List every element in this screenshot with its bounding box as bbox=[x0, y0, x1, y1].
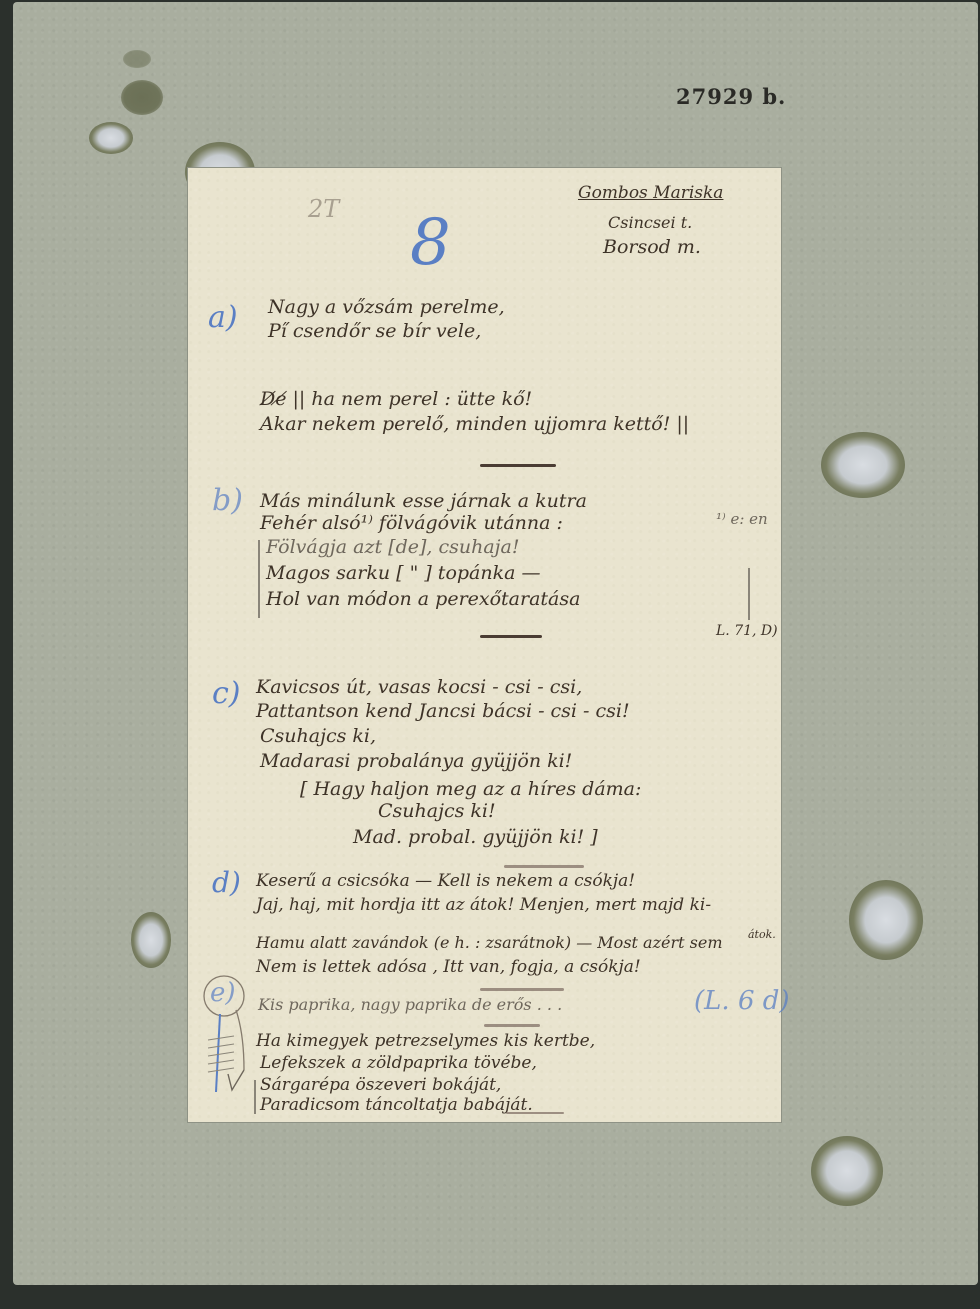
underline-tancoltatja bbox=[506, 1112, 564, 1114]
stain-bottom-right bbox=[811, 1136, 883, 1206]
county: Borsod m. bbox=[603, 236, 701, 258]
section-d-margin-note: átok. bbox=[748, 924, 776, 946]
stain-right-lower bbox=[849, 880, 923, 960]
section-d-line-4: Nem is lettek adósa , Itt van, fogja, a … bbox=[256, 956, 641, 978]
section-b-label: b) bbox=[212, 483, 243, 518]
locality: Csincsei t. bbox=[608, 212, 692, 234]
section-c-line-5: [ Hagy haljon meg az a híres dáma: bbox=[300, 778, 641, 800]
stain-top-left-ring bbox=[89, 122, 133, 154]
section-b-left-bracket bbox=[258, 540, 260, 618]
section-c-line-7: Mad. probal. gyüjjön ki! ] bbox=[353, 826, 598, 848]
section-d-label: d) bbox=[212, 866, 241, 899]
stain-right-middle bbox=[821, 432, 905, 498]
section-c-line-1: Kavicsos út, vasas kocsi - csi - csi, bbox=[256, 676, 582, 698]
section-d-line-1: Keserű a csicsóka — Kell is nekem a csók… bbox=[256, 870, 635, 892]
section-b-reference: L. 71, D) bbox=[716, 620, 778, 642]
divider-b-c bbox=[480, 635, 542, 638]
collector-name: Gombos Mariska bbox=[578, 182, 723, 204]
accession-number: 27929 b. bbox=[676, 84, 786, 109]
section-a-label: a) bbox=[208, 300, 238, 335]
section-b-line-4: Magos sarku [ " ] topánka — bbox=[266, 562, 541, 584]
divider-a-b bbox=[480, 464, 556, 467]
section-b-right-bracket bbox=[748, 568, 750, 620]
divider-c-d bbox=[504, 865, 584, 868]
section-b-footnote: ¹⁾ e: en bbox=[716, 508, 768, 530]
section-e-line-3: Lefekszek a zöldpaprika tövébe, bbox=[260, 1052, 537, 1074]
faint-pencil-number: 2T bbox=[308, 198, 339, 220]
stain-top-left-faint bbox=[123, 50, 151, 68]
section-a-line-4: Akar nekem perelő, minden ujjomra kettő!… bbox=[260, 413, 689, 435]
section-e-reference: (L. 6 d) bbox=[694, 986, 790, 1016]
scan-background: 27929 b. 2T 8 Gombos Mariska Csincsei t.… bbox=[0, 0, 980, 1309]
section-c-line-4: Madarasi probalánya gyüjjön ki! bbox=[260, 750, 572, 772]
section-b-line-1: Más minálunk esse járnak a kutra bbox=[260, 490, 587, 512]
section-c-line-3: Csuhajcs ki, bbox=[260, 725, 376, 747]
stain-left-lower bbox=[131, 912, 171, 968]
section-e-left-bracket bbox=[254, 1080, 256, 1114]
section-b-line-3: Fölvágja azt [de], csuhaja! bbox=[266, 536, 520, 558]
section-c-line-2: Pattantson kend Jancsi bácsi - csi - csi… bbox=[256, 700, 630, 722]
section-b-line-2: Fehér alsó¹⁾ fölvágóvik utánna : bbox=[260, 512, 563, 534]
circle-mark-icon bbox=[200, 974, 252, 1094]
section-d-line-3: Hamu alatt zavándok (e h. : zsarátnok) —… bbox=[256, 932, 723, 954]
section-e-line-2: Ha kimegyek petrezselymes kis kertbe, bbox=[256, 1030, 595, 1052]
section-c-line-6: Csuhajcs ki! bbox=[378, 800, 496, 822]
manuscript-card: 2T 8 Gombos Mariska Csincsei t. Borsod m… bbox=[188, 168, 781, 1122]
stain-top-left-small bbox=[121, 80, 163, 115]
section-c-label: c) bbox=[212, 676, 241, 711]
section-e-line-4: Sárgarépa öszeveri bokáját, bbox=[260, 1074, 501, 1096]
divider-d-e bbox=[480, 988, 564, 991]
item-number: 8 bbox=[410, 208, 451, 278]
section-b-line-5: Hol van módon a perexőtaratása bbox=[266, 588, 580, 610]
section-e-line-1: Kis paprika, nagy paprika de erős . . . bbox=[258, 994, 562, 1016]
section-d-line-2: Jaj, haj, mit hordja itt az átok! Menjen… bbox=[256, 894, 711, 916]
section-a-line-1: Nagy a vőzsám perelme, bbox=[268, 296, 505, 318]
divider-e-inner bbox=[484, 1024, 540, 1027]
section-e-line-5: Paradicsom táncoltatja babáját. bbox=[260, 1094, 533, 1116]
section-a-line-3: D̸e̸ || ha nem perel : ütte kő! bbox=[260, 388, 532, 410]
section-a-line-2: Pi̋ csendőr se bír vele, bbox=[268, 320, 481, 342]
